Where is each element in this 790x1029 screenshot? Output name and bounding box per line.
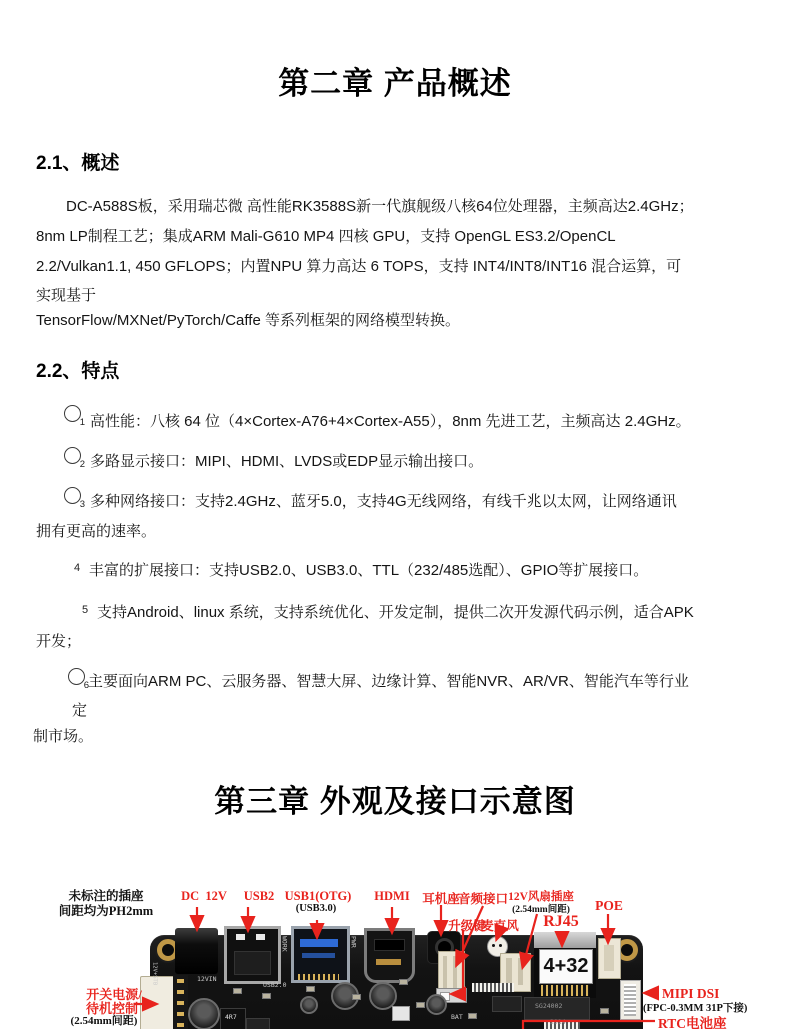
resistor [416,1002,425,1008]
label-usb2: USB2 [244,889,275,904]
silkscreen-text: 4R7 [225,1014,237,1021]
capacitor [426,994,447,1015]
header-pins [177,979,184,1027]
power-standby-connector [140,976,175,1029]
resistor [399,979,408,985]
resistor [600,1008,609,1014]
circled-number-marker: 2 [64,447,81,464]
mipi-fpc-connector [620,980,641,1020]
resistor [262,993,271,999]
connector-slot [518,958,523,985]
rj45-sticker: 4+32 [539,949,593,984]
feature-line: 主要面向ARM PC、云服务器、智慧大屏、边缘计算、智能NVR、AR/VR、智能… [88,670,689,691]
resistor [468,1013,477,1019]
capacitor [188,998,220,1029]
label-poe: POE [595,898,623,914]
connector-slot [604,945,614,971]
resistor [352,994,361,1000]
paragraph-line: TensorFlow/MXNet/PyTorch/Caffe 等系列框架的网络模… [36,309,460,330]
usb3-port [291,926,350,983]
label-usb3-sub: (USB3.0) [296,903,337,914]
ic-chip [492,996,522,1012]
usb-contact [256,934,265,940]
resistor [233,988,242,994]
usb3-blue-tongue [300,939,338,947]
label-earphone: 耳机座 [422,889,460,907]
marker-digit: 1 [80,417,85,428]
fpc-teeth [624,984,636,1016]
feature-line: 丰富的扩展接口：支持USB2.0、USB3.0、TTL（232/485选配）、G… [89,559,648,580]
usb3-pins [302,953,335,958]
silkscreen-text: BAT [451,1014,463,1021]
label-rj45: RJ45 [543,913,579,931]
hdmi-pins [376,959,401,965]
number-marker: 5 [82,604,88,616]
manual-page: 第二章 产品概述 2.1、概述 DC-A588S板，采用瑞芯微 高性能RK358… [0,0,790,1029]
ic-chip [246,1018,270,1029]
label-power-sub: (2.54mm间距) [71,1012,138,1028]
feature-line: 多路显示接口：MIPI、HDMI、LVDS或EDP显示输出接口。 [90,450,483,471]
smd-component [392,1006,410,1021]
feature-line: 高性能：八核 64 位（4×Cortex-A76+4×Cortex-A55），8… [90,410,691,431]
silkscreen-text: PWR [350,936,357,948]
usb2-port [224,926,281,984]
silkscreen-text: WORK [281,936,288,952]
connector-slot [443,956,447,988]
paragraph-line: 2.2/Vulkan1.1, 450 GFLOPS；内置NPU 算力高达 6 T… [36,255,681,276]
label-hdmi: HDMI [374,889,409,904]
feature-line: 支持Android、linux 系统，支持系统优化、开发定制，提供二次开发源代码… [97,601,694,622]
marker-digit: 3 [80,499,85,510]
paragraph-line: DC-A588S板，采用瑞芯微 高性能RK3588S新一代旗舰级八核64位处理器… [66,195,694,216]
figure-note-line2: 间距均为PH2mm [59,901,153,919]
dc-jack [175,928,218,974]
label-usb1-otg: USB1(OTG) [285,889,352,904]
label-rtc-battery: RTC电池座 [658,1012,727,1029]
label-upgrade-key: 升级键 [448,916,486,934]
paragraph-line: 8nm LP制程工艺；集成ARM Mali-G610 MP4 四核 GPU，支持… [36,225,616,246]
silkscreen-text: USB2.0 [263,982,286,989]
chapter2-title: 第二章 产品概述 [0,58,790,103]
paragraph-line: 实现基于 [36,284,96,305]
power-header [173,975,188,1029]
mic-hole [499,944,502,947]
chapter3-title: 第三章 外观及接口示意图 [0,776,790,821]
capacitor [300,996,318,1014]
feature-line: 定 [72,699,87,720]
feature-line: 多种网络接口：支持2.4GHz、蓝牙5.0，支持4G无线网络，有线千兆以太网，让… [90,490,677,511]
circled-number-marker: 1 [64,405,81,422]
rj45-shield [534,932,596,948]
label-mic: 麦克风 [481,916,519,934]
silkscreen-text: 12V+STB [151,962,157,985]
usb-cavity [234,951,271,975]
pin-header-strip [472,983,514,992]
usb-contact [236,934,245,940]
silkscreen-text: SG24002 [535,1003,562,1010]
usb3-solder-pins [298,974,339,980]
label-dc12v: DC 12V [181,889,227,904]
rj45-pins [541,985,589,996]
feature-line: 拥有更高的速率。 [36,520,156,541]
poe-connector [598,938,621,979]
feature-line: 制市场。 [33,725,93,746]
resistor [306,986,315,992]
circled-number-marker: 3 [64,487,81,504]
mic-hole [492,944,495,947]
number-marker: 4 [74,562,80,574]
hdmi-cavity [374,939,405,951]
connector-slot [453,956,457,988]
hdmi-port [364,928,415,983]
circled-number-marker: 6 [68,668,85,685]
section-2-1-heading: 2.1、概述 [36,148,119,175]
connector-slot [506,958,512,985]
marker-digit: 2 [80,459,85,470]
label-audio: 音频接口 [458,889,508,907]
feature-line: 开发； [36,630,81,651]
section-2-2-heading: 2.2、特点 [36,356,119,383]
silkscreen-text: 12VIN [197,976,217,983]
silkscreen-text: 2014 [550,1019,566,1026]
